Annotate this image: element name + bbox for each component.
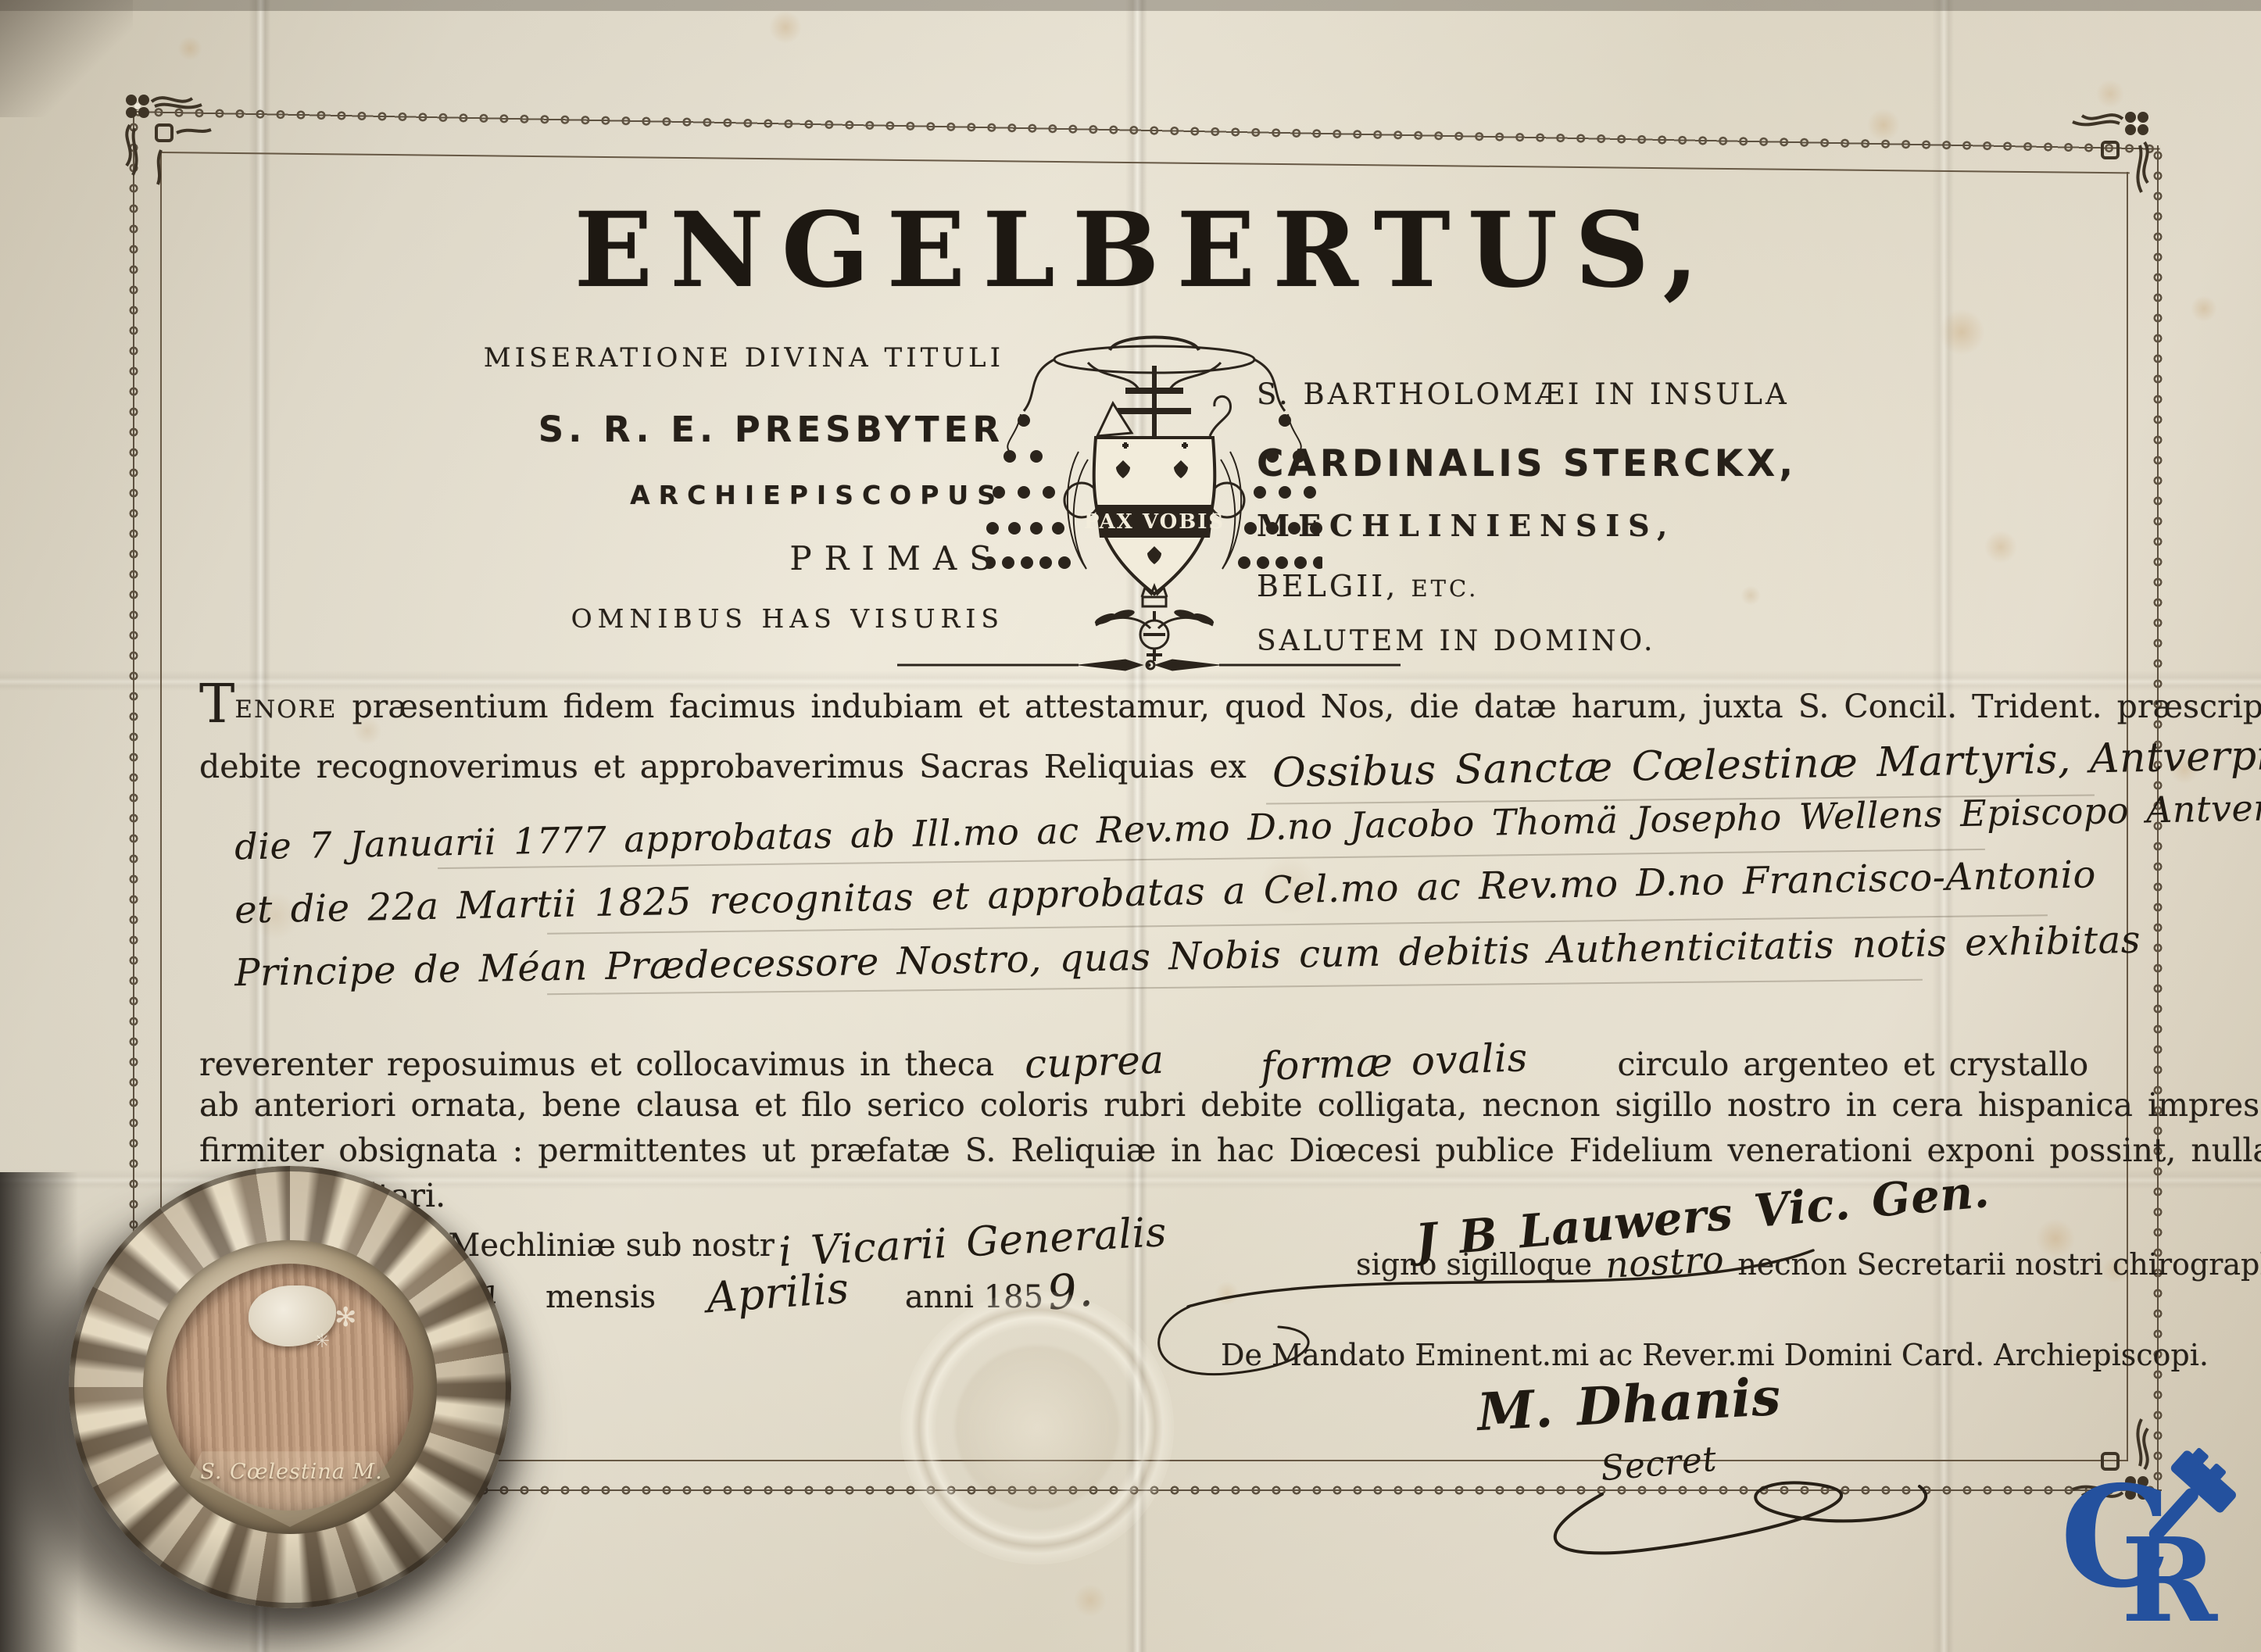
header-right-line3: MECHLINIENSIS,: [1257, 508, 2070, 543]
header-left-line5: OMNIBUS HAS VISURIS: [313, 603, 1004, 634]
header-left-line2: S. R. E. PRESBYTER: [313, 409, 1004, 450]
body-text: reverenter reposuimus et collocavimus in…: [199, 1046, 994, 1083]
embossed-seal-center: [955, 1346, 1119, 1510]
photo-of-document: ENGELBERTUS, MISERATIONE DIVINA TITULI S…: [0, 0, 2261, 1652]
header-right-line5: SALUTEM IN DOMINO.: [1257, 625, 2070, 657]
handwritten-text: formæ ovalis: [1260, 1035, 1528, 1089]
drop-cap: T: [199, 674, 234, 735]
body-line: debite recognoverimus et approbaverimus …: [199, 741, 2261, 788]
header-right-line2: CARDINALIS STERCKX,: [1257, 442, 2070, 485]
header-right-line4-etc: ETC.: [1411, 575, 1479, 602]
header-right-line1: S. BARTHOLOMÆI IN INSULA: [1257, 377, 2070, 411]
secretary-flourish: [1508, 1463, 2009, 1572]
gavel-icon: [2123, 1439, 2248, 1564]
embossed-seal: [900, 1291, 1174, 1564]
cardinal-coat-of-arms-icon: PAX VOBIS: [986, 319, 1322, 678]
body-line: TENORE præsentium fidem facimus indubiam…: [199, 678, 2261, 731]
reliquary-label: S. Cœlestina M.: [178, 1460, 405, 1484]
header-right-line4: BELGII, ETC.: [1257, 569, 2070, 603]
body-line: firmiter obsignata : permittentes ut præ…: [199, 1132, 2261, 1169]
small-caps: ENORE: [234, 695, 337, 724]
arms-motto: PAX VOBIS: [1084, 510, 1225, 534]
body-text: debite recognoverimus et approbaverimus …: [199, 748, 1247, 785]
document-title: ENGELBERTUS,: [160, 190, 2130, 311]
photo-edge-shadow: [0, 0, 2261, 11]
body-text: præsentium fidem facimus indubiam et att…: [352, 688, 2261, 725]
header-left-line4: PRIMAS: [313, 539, 1004, 577]
relic-ornament-icon: ✻: [334, 1302, 357, 1333]
divider-ornament-icon: [891, 653, 1407, 677]
body-text: circulo argenteo et crystallo: [1618, 1046, 2089, 1083]
handwritten-text: cuprea: [1024, 1037, 1164, 1087]
corner-flourish-icon: [111, 84, 214, 188]
header-left-line1: MISERATIONE DIVINA TITULI: [313, 342, 1004, 374]
mandato-line: De Mandato Eminent.mi ac Rever.mi Domini…: [1221, 1338, 2209, 1372]
header-left-line3: ARCHIEPISCOPUS: [313, 480, 1004, 510]
body-line: ab anteriori ornata, bene clausa et filo…: [199, 1086, 2261, 1124]
handwritten-text: Ossibus Sanctæ Cœlestinæ Martyris, Antve…: [1272, 731, 2261, 796]
body-line: reverenter reposuimus et collocavimus in…: [199, 1039, 2088, 1085]
handwritten-month: Aprilis: [705, 1264, 850, 1323]
photo-edge-shadow: [0, 1172, 78, 1652]
body-text: mensis: [546, 1279, 656, 1315]
relic-ornament-icon: ✳: [314, 1330, 330, 1352]
